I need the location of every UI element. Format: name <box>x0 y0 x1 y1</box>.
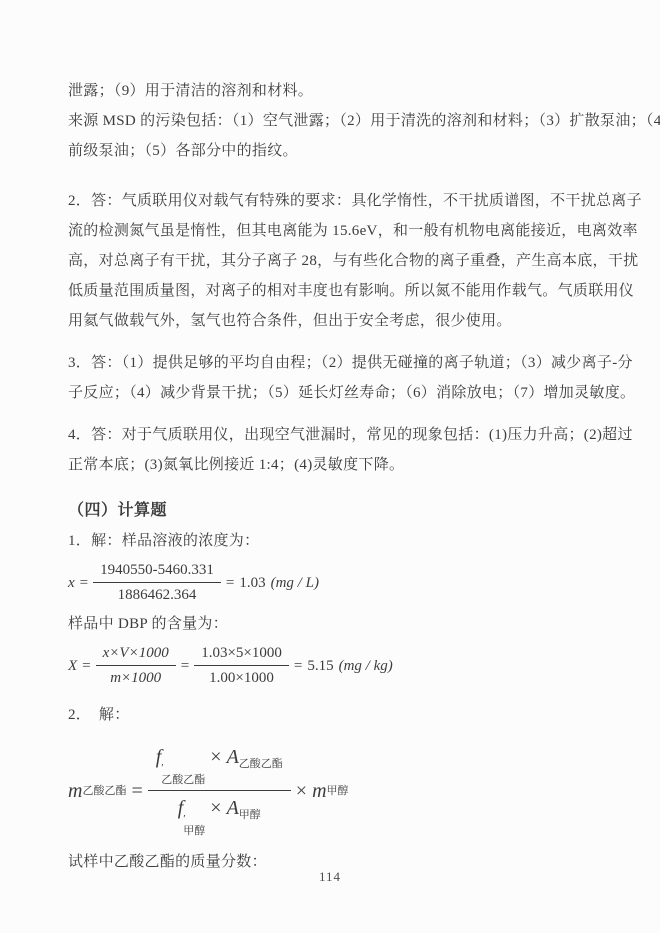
text-line: 2．答：气质联用仪对载气有特殊的要求：具化学惰性，不干扰质谱图，不干扰总离子 <box>68 186 584 216</box>
times-sign: × <box>296 778 307 804</box>
problem-1-intro: 1．解：样品溶液的浓度为： <box>68 526 584 556</box>
formula-result: 1.03 <box>239 573 265 593</box>
formula-variable-m: m <box>312 778 326 804</box>
formula-variable-m: m <box>68 778 82 804</box>
text-line: 前级泵油；（5）各部分中的指纹。 <box>68 136 584 166</box>
fraction-numerator: x×V×1000 <box>96 643 176 666</box>
subscript-ethyl-acetate: 乙酸乙酯 <box>82 778 126 804</box>
fraction: 1.03×5×1000 1.00×1000 <box>194 643 289 688</box>
answer-4-paragraph: 4．答：对于气质联用仪，出现空气泄漏时，常见的现象包括：(1)压力升高；(2)超… <box>68 420 584 480</box>
fraction-numerator: 1.03×5×1000 <box>194 643 289 666</box>
equals-sign: = <box>181 656 189 676</box>
formula-dbp-content: X = x×V×1000 m×1000 = 1.03×5×1000 1.00×1… <box>68 643 584 688</box>
equals-sign: = <box>131 778 142 804</box>
dbp-content-line: 样品中 DBP 的含量为： <box>68 609 584 639</box>
fraction-numerator: 1940550-5460.331 <box>93 560 221 583</box>
text-line: 用氦气做载气外，氢气也符合条件，但出于安全考虑，很少使用。 <box>68 306 584 336</box>
text-line: 低质量范围质量图，对离子的相对丰度也有影响。所以氮不能用作载气。气质联用仪 <box>68 276 584 306</box>
prime-mark: ′ <box>161 763 205 775</box>
text-line: 4．答：对于气质联用仪，出现空气泄漏时，常见的现象包括：(1)压力升高；(2)超… <box>68 420 584 450</box>
text-line: 子反应；（4）减少背景干扰；（5）延长灯丝寿命；（6）消除放电；（7）增加灵敏度… <box>68 378 584 408</box>
formula-result: 5.15 <box>307 656 333 676</box>
lhs-term: m乙酸乙酯 <box>68 778 126 804</box>
text-line: 流的检测氮气虽是惰性，但其电离能为 15.6eV，和一般有机物电离能接近，电离效… <box>68 216 584 246</box>
prime-and-subscript: ′乙酸乙酯 <box>161 763 205 786</box>
fraction-denominator: m×1000 <box>96 666 176 688</box>
text-line: 泄露；（9）用于清洁的溶剂和材料。 <box>68 76 584 106</box>
formula-unit: (mg / kg) <box>339 656 393 676</box>
answer-2-paragraph: 2．答：气质联用仪对载气有特殊的要求：具化学惰性，不干扰质谱图，不干扰总离子 流… <box>68 186 584 336</box>
formula-sample-concentration: x = 1940550-5460.331 1886462.364 = 1.03 … <box>68 560 584 605</box>
subscript-methanol: 甲醇 <box>327 778 349 804</box>
fraction-denominator: f′甲醇 × A甲醇 <box>148 791 291 837</box>
answer-3-paragraph: 3．答：（1）提供足够的平均自由程；（2）提供无碰撞的离子轨道；（3）减少离子-… <box>68 348 584 408</box>
intro-paragraph: 泄露；（9）用于清洁的溶剂和材料。 来源 MSD 的污染包括：（1）空气泄露；（… <box>68 76 584 166</box>
page-number: 114 <box>0 869 660 885</box>
subscript-ethyl-acetate: 乙酸乙酯 <box>239 758 283 770</box>
formula-variable-A: A <box>227 797 239 819</box>
text-line: 高，对总离子有干扰，其分子离子 28，与有些化合物的离子重叠，产生高本底，干扰 <box>68 246 584 276</box>
subscript-ethyl-acetate: 乙酸乙酯 <box>161 775 205 787</box>
equals-sign: = <box>294 656 302 676</box>
times-sign: × <box>210 797 221 819</box>
text-line: 来源 MSD 的污染包括：（1）空气泄露；（2）用于清洗的溶剂和材料；（3）扩散… <box>68 106 584 136</box>
fraction-denominator: 1886462.364 <box>93 583 221 605</box>
fraction: 1940550-5460.331 1886462.364 <box>93 560 221 605</box>
fraction: f′乙酸乙酯 × A乙酸乙酯 f′甲醇 × A甲醇 <box>148 744 291 837</box>
subscript-methanol: 甲醇 <box>239 809 261 821</box>
subscript-methanol: 甲醇 <box>183 826 205 838</box>
formula-ethyl-acetate-mass: m乙酸乙酯 = f′乙酸乙酯 × A乙酸乙酯 f′甲醇 × A甲醇 × m甲醇 <box>68 744 584 837</box>
problem-2-intro: 2． 解： <box>68 700 584 730</box>
formula-variable-x: x <box>68 573 75 593</box>
equals-sign: = <box>82 656 90 676</box>
times-sign: × <box>210 746 221 768</box>
prime-and-subscript: ′甲醇 <box>183 814 205 837</box>
section-heading: （四）计算题 <box>68 496 584 526</box>
fraction-denominator: 1.00×1000 <box>194 666 289 688</box>
equals-sign: = <box>80 573 88 593</box>
formula-variable-A: A <box>227 746 239 768</box>
formula-unit: (mg / L) <box>271 573 319 593</box>
prime-mark: ′ <box>183 814 205 826</box>
fraction-numerator: f′乙酸乙酯 × A乙酸乙酯 <box>148 744 291 791</box>
document-page: 泄露；（9）用于清洁的溶剂和材料。 来源 MSD 的污染包括：（1）空气泄露；（… <box>0 0 660 933</box>
formula-variable-X: X <box>68 656 77 676</box>
text-line: 3．答：（1）提供足够的平均自由程；（2）提供无碰撞的离子轨道；（3）减少离子-… <box>68 348 584 378</box>
equals-sign: = <box>226 573 234 593</box>
rhs-term: m甲醇 <box>312 778 348 804</box>
text-line: 正常本底；(3)氮氧比例接近 1:4；(4)灵敏度下降。 <box>68 450 584 480</box>
fraction: x×V×1000 m×1000 <box>96 643 176 688</box>
